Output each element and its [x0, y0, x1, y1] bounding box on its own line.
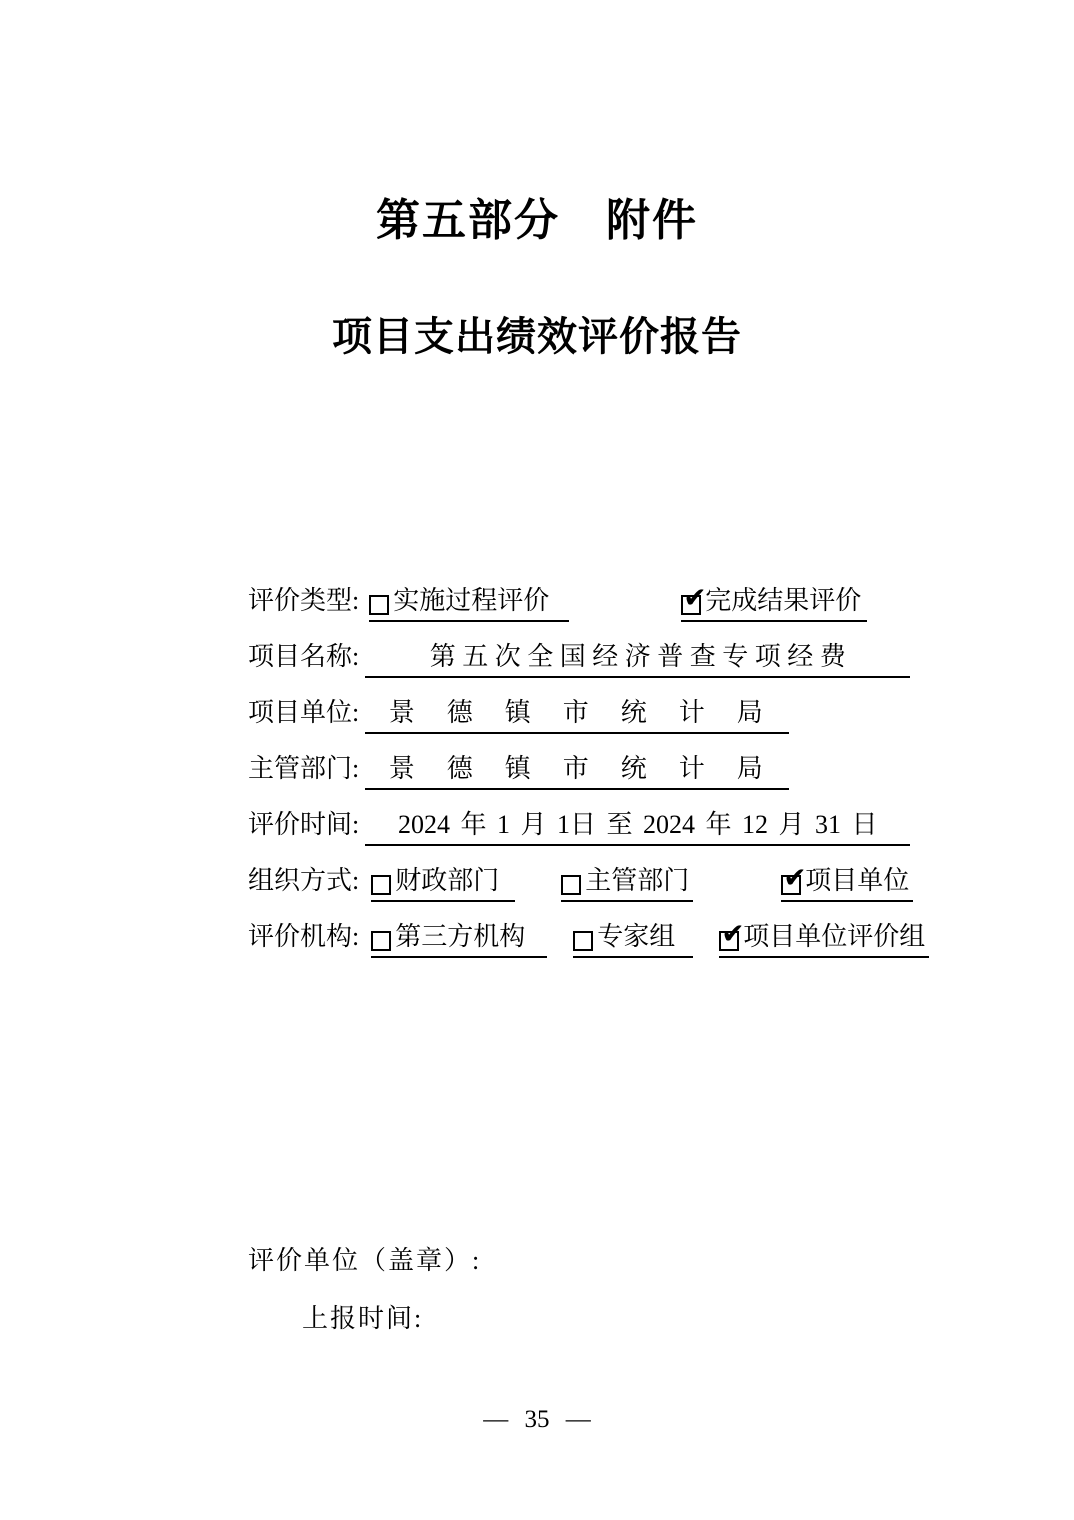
form-row-eval-type: 评价类型: 实施过程评价 ✔ 完成结果评价	[248, 566, 928, 622]
option-project-unit: ✔ 项目单位	[781, 860, 913, 902]
checkbox-unchecked-icon	[561, 875, 581, 895]
option-finance-dept: 财政部门	[371, 860, 515, 902]
form-row-project-unit: 项目单位: 景 德 镇 市 统 计 局	[248, 678, 928, 734]
option-third-party: 第三方机构	[371, 916, 547, 958]
eval-period-label: 评价时间:	[248, 804, 359, 846]
report-title: 项目支出绩效评价报告	[0, 305, 1074, 362]
checkbox-checked-icon: ✔	[719, 931, 739, 951]
project-unit-label: 项目单位:	[248, 692, 359, 734]
project-name-value: 第 五 次 全 国 经 济 普 查 专 项 经 费	[365, 636, 910, 678]
eval-agency-label: 评价机构:	[248, 916, 359, 958]
eval-period-value: 2024 年 1 月 1日 至 2024 年 12 月 31 日	[365, 804, 910, 846]
checkbox-unchecked-icon	[369, 595, 389, 615]
option-label: 第三方机构	[395, 916, 525, 953]
document-page: 第五部分 附件 项目支出绩效评价报告 评价类型: 实施过程评价 ✔ 完成结果评价…	[0, 0, 1074, 1520]
option-label: 专家组	[597, 916, 675, 953]
option-label: 完成结果评价	[705, 580, 861, 617]
option-label: 主管部门	[585, 860, 689, 897]
checkbox-checked-icon: ✔	[781, 875, 801, 895]
option-label: 项目单位评价组	[743, 916, 925, 953]
option-expert-group: 专家组	[573, 916, 693, 958]
option-label: 实施过程评价	[393, 580, 549, 617]
checkbox-unchecked-icon	[371, 931, 391, 951]
page-number: — 35 —	[0, 1406, 1074, 1434]
form-row-eval-period: 评价时间: 2024 年 1 月 1日 至 2024 年 12 月 31 日	[248, 790, 928, 846]
organize-mode-label: 组织方式:	[248, 860, 359, 902]
report-time-label: 上报时间:	[302, 1298, 423, 1335]
eval-type-label: 评价类型:	[248, 580, 359, 622]
supervisor-dept-label: 主管部门:	[248, 748, 359, 790]
section-title: 第五部分 附件	[0, 184, 1074, 248]
checkmark-icon: ✔	[683, 584, 706, 612]
checkbox-unchecked-icon	[573, 931, 593, 951]
supervisor-dept-value: 景 德 镇 市 统 计 局	[365, 748, 789, 790]
option-unit-eval-group: ✔ 项目单位评价组	[719, 916, 929, 958]
stamp-unit-label: 评价单位（盖章）:	[248, 1240, 481, 1277]
cover-form: 评价类型: 实施过程评价 ✔ 完成结果评价 项目名称: 第 五 次 全 国 经 …	[248, 566, 928, 958]
checkmark-icon: ✔	[783, 864, 806, 892]
checkbox-unchecked-icon	[371, 875, 391, 895]
option-label: 项目单位	[805, 860, 909, 897]
form-row-project-name: 项目名称: 第 五 次 全 国 经 济 普 查 专 项 经 费	[248, 622, 928, 678]
form-row-eval-agency: 评价机构: 第三方机构 专家组 ✔ 项目单位评价组	[248, 902, 928, 958]
project-unit-value: 景 德 镇 市 统 计 局	[365, 692, 789, 734]
option-process-eval: 实施过程评价	[369, 580, 569, 622]
option-label: 财政部门	[395, 860, 499, 897]
option-supervisor-dept: 主管部门	[561, 860, 693, 902]
form-row-supervisor-dept: 主管部门: 景 德 镇 市 统 计 局	[248, 734, 928, 790]
project-name-label: 项目名称:	[248, 636, 359, 678]
checkbox-checked-icon: ✔	[681, 595, 701, 615]
option-result-eval: ✔ 完成结果评价	[681, 580, 867, 622]
form-row-organize-mode: 组织方式: 财政部门 主管部门 ✔ 项目单位	[248, 846, 928, 902]
checkmark-icon: ✔	[721, 920, 744, 948]
